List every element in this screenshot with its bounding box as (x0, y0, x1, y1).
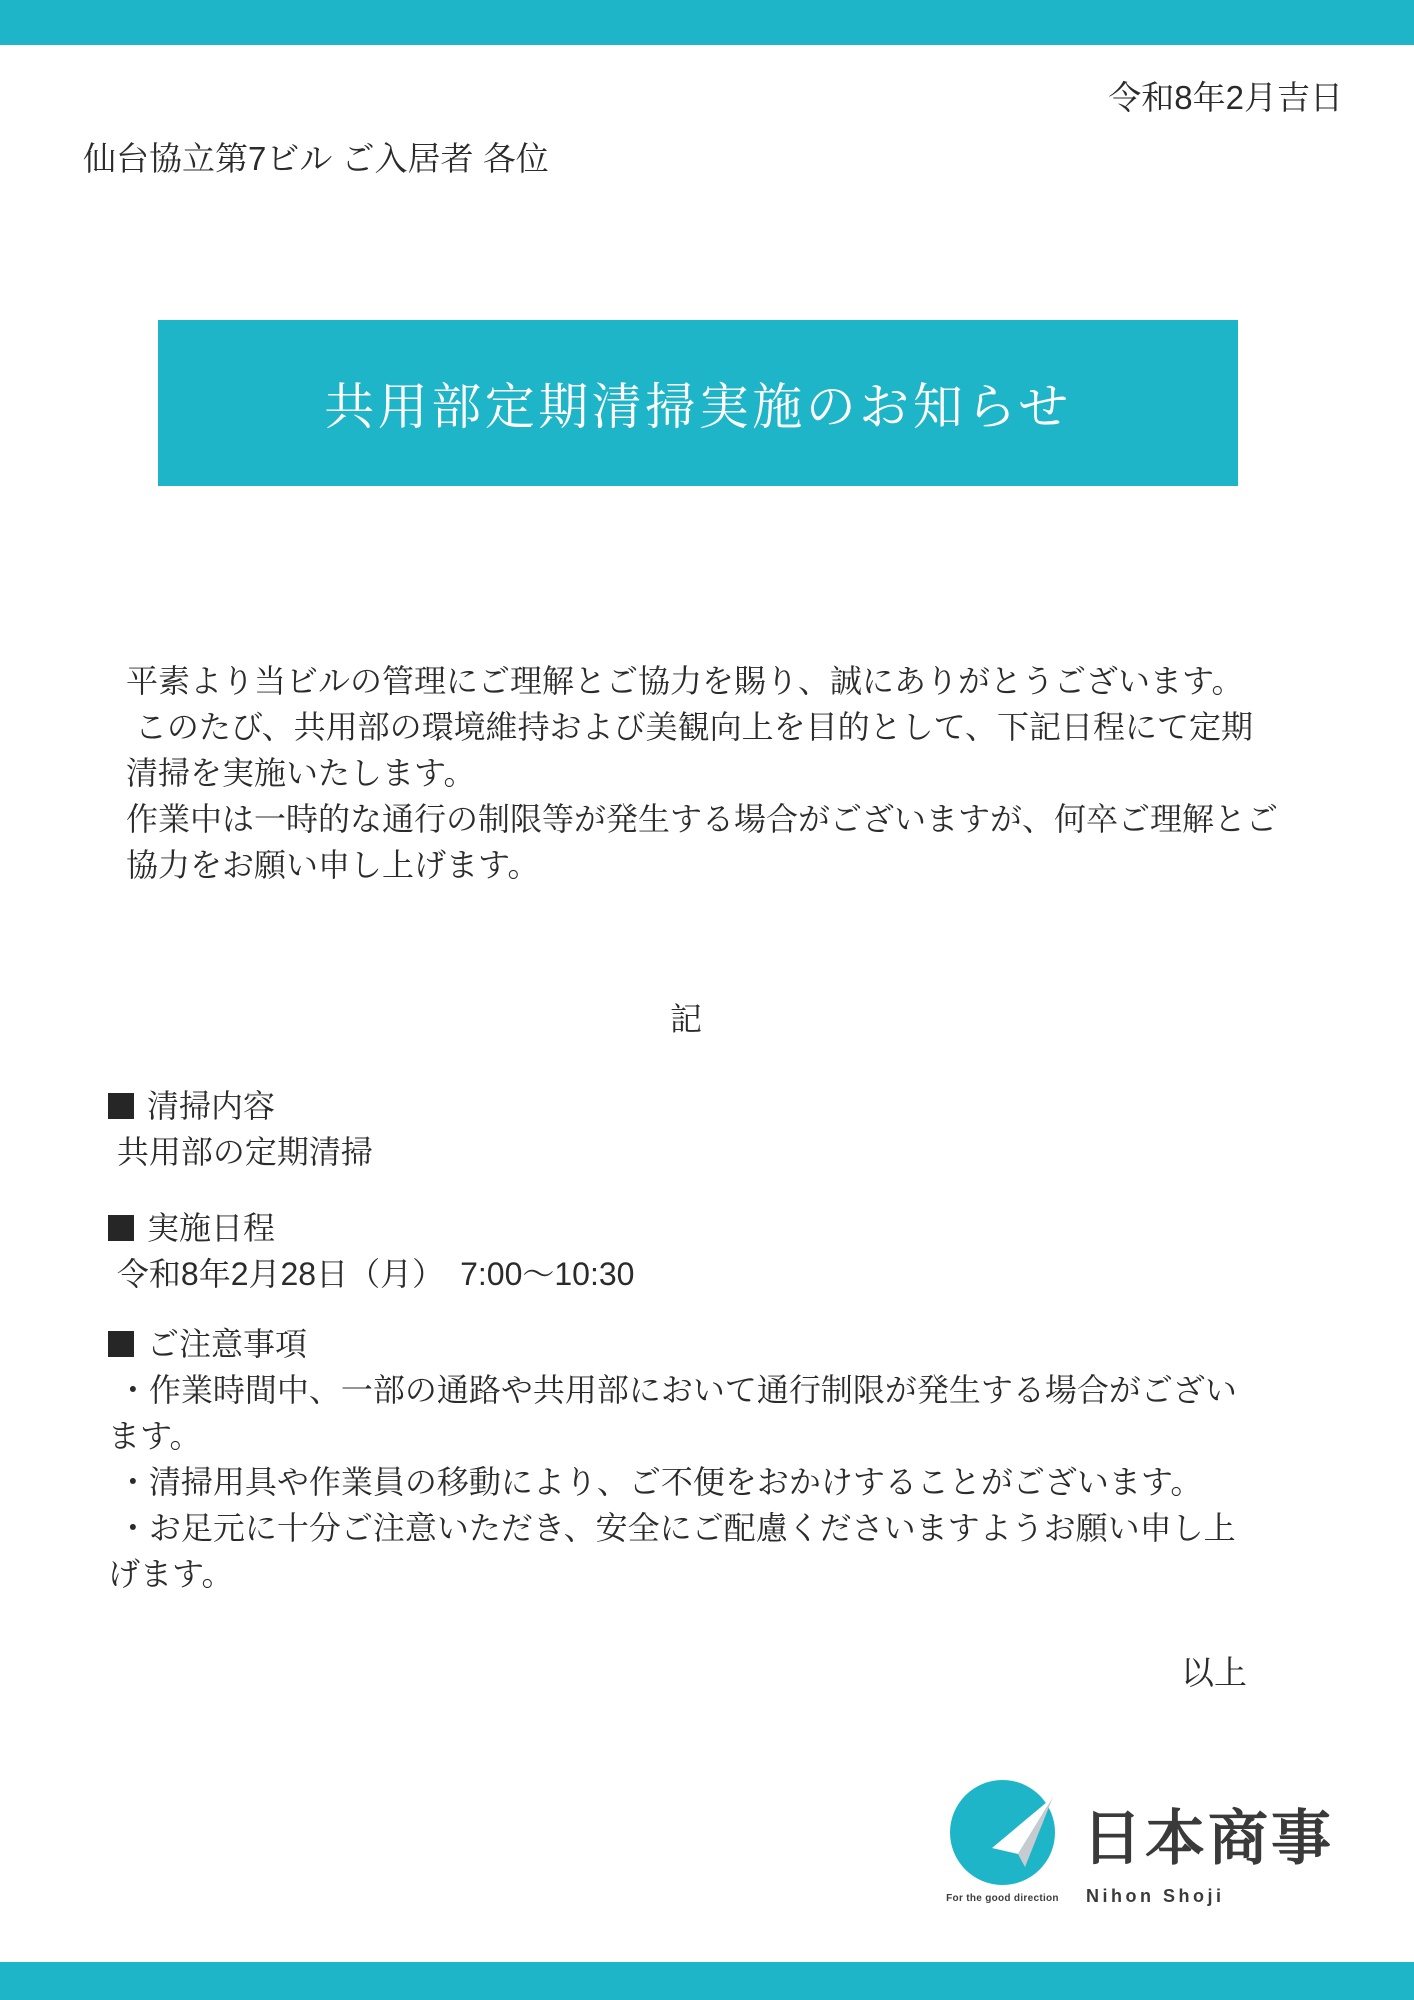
notice-document: 令和8年2月吉日 仙台協立第7ビル ご入居者 各位 共用部定期清掃実施のお知らせ… (0, 0, 1414, 2000)
body-line: 協力をお願い申し上げます。 (126, 842, 1278, 888)
section-line: げます。 (108, 1551, 1237, 1597)
record-marker: 記 (126, 996, 1246, 1042)
section-heading-label: 実施日程 (147, 1205, 275, 1251)
body-line: 作業中は一時的な通行の制限等が発生する場合がございますが、何卒ご理解とご (126, 796, 1278, 842)
company-name-japanese: 日本商事 (1082, 1804, 1334, 1874)
section-heading-label: ご注意事項 (147, 1321, 307, 1367)
section-notes: ご注意事項 ・作業時間中、一部の通路や共用部において通行制限が発生する場合がござ… (108, 1321, 1237, 1597)
document-title: 共用部定期清掃実施のお知らせ (324, 367, 1072, 439)
square-bullet-icon (108, 1093, 134, 1119)
section-line: ・清掃用具や作業員の移動により、ご不便をおかけすることがございます。 (108, 1459, 1237, 1505)
section-cleaning-content: 清掃内容 共用部の定期清掃 (108, 1083, 373, 1175)
top-accent-bar (0, 0, 1414, 45)
company-name-english: Nihon Shoji (1086, 1884, 1224, 1908)
body-line: 清掃を実施いたします。 (126, 750, 1278, 796)
title-banner: 共用部定期清掃実施のお知らせ (158, 320, 1238, 486)
section-line: 共用部の定期清掃 (108, 1129, 373, 1175)
section-heading: ご注意事項 (108, 1321, 1237, 1367)
bottom-accent-bar (0, 1962, 1414, 2000)
section-line: ・作業時間中、一部の通路や共用部において通行制限が発生する場合がござい (108, 1367, 1237, 1413)
section-line: 令和8年2月28日（月） 7:00～10:30 (108, 1251, 634, 1297)
section-line: ・お足元に十分ご注意いただき、安全にご配慮くださいますようお願い申し上 (108, 1505, 1237, 1551)
section-schedule: 実施日程 令和8年2月28日（月） 7:00～10:30 (108, 1205, 634, 1297)
logo-tagline: For the good direction (945, 1893, 1060, 1904)
closing-marker: 以上 (1181, 1650, 1247, 1696)
document-date: 令和8年2月吉日 (1108, 75, 1343, 121)
greeting-paragraph: 平素より当ビルの管理にご理解とご協力を賜り、誠にありがとうございます。 このたび… (126, 658, 1278, 888)
section-line: ます。 (108, 1413, 1237, 1459)
body-line: このたび、共用部の環境維持および美観向上を目的として、下記日程にて定期 (126, 704, 1278, 750)
section-heading: 実施日程 (108, 1205, 634, 1251)
section-heading: 清掃内容 (108, 1083, 373, 1129)
addressee-line: 仙台協立第7ビル ご入居者 各位 (83, 136, 549, 182)
square-bullet-icon (108, 1331, 134, 1357)
section-heading-label: 清掃内容 (147, 1083, 275, 1129)
paper-plane-icon (990, 1795, 1056, 1869)
body-line: 平素より当ビルの管理にご理解とご協力を賜り、誠にありがとうございます。 (126, 658, 1278, 704)
square-bullet-icon (108, 1215, 134, 1241)
